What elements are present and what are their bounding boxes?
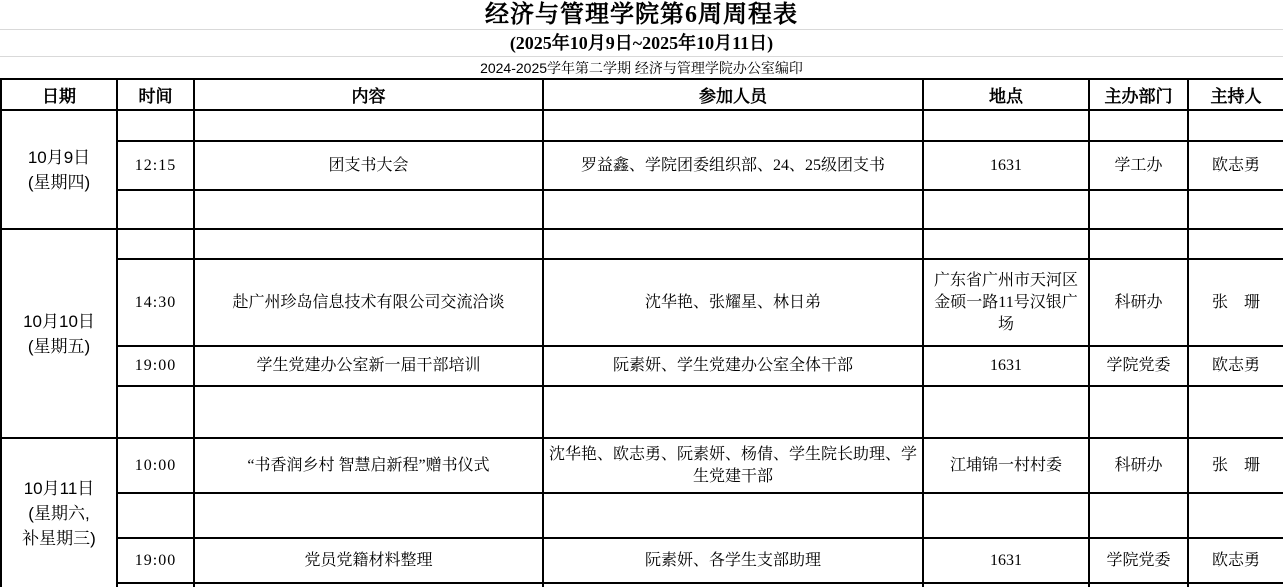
cell-department <box>1089 190 1188 229</box>
table-row: 10月11日 (星期六, 补星期三) 10:00 “书香润乡村 智慧启新程”赠书… <box>1 438 1283 493</box>
cell-content: 团支书大会 <box>194 141 543 190</box>
cell-participants: 沈华艳、欧志勇、阮素妍、杨倩、学生院长助理、学生党建干部 <box>543 438 923 493</box>
cell-location <box>923 493 1089 538</box>
cell-time <box>117 493 194 538</box>
cell-location <box>923 386 1089 438</box>
cell-content: 赴广州珍岛信息技术有限公司交流洽谈 <box>194 259 543 346</box>
cell-host <box>1188 493 1283 538</box>
date-line: (星期五) <box>6 334 112 359</box>
date-line: 补星期三) <box>6 526 112 551</box>
schedule-sheet: 经济与管理学院第6周周程表 (2025年10月9日~2025年10月11日) 2… <box>0 0 1283 587</box>
cell-content <box>194 190 543 229</box>
page-title: 经济与管理学院第6周周程表 <box>485 3 798 27</box>
cell-location <box>923 110 1089 141</box>
cell-content: “书香润乡村 智慧启新程”赠书仪式 <box>194 438 543 493</box>
cell-host: 张 珊 <box>1188 259 1283 346</box>
table-row <box>1 493 1283 538</box>
cell-department: 学工办 <box>1089 141 1188 190</box>
cell-host: 张 珊 <box>1188 438 1283 493</box>
col-header-time: 时间 <box>117 79 194 110</box>
table-row: 10月10日 (星期五) <box>1 229 1283 259</box>
cell-participants <box>543 583 923 587</box>
cell-location <box>923 229 1089 259</box>
sheet-subtitle-row: (2025年10月9日~2025年10月11日) <box>0 30 1283 57</box>
cell-department: 学院党委 <box>1089 538 1188 583</box>
cell-content <box>194 583 543 587</box>
table-row <box>1 583 1283 587</box>
cell-content: 学生党建办公室新一届干部培训 <box>194 346 543 386</box>
cell-time <box>117 190 194 229</box>
cell-time: 19:00 <box>117 538 194 583</box>
cell-time: 12:15 <box>117 141 194 190</box>
cell-department: 学院党委 <box>1089 346 1188 386</box>
cell-department <box>1089 386 1188 438</box>
sheet-title-row: 经济与管理学院第6周周程表 <box>0 0 1283 30</box>
cell-host <box>1188 229 1283 259</box>
cell-location: 广东省广州市天河区金硕一路11号汉银广场 <box>923 259 1089 346</box>
date-line: 10月11日 <box>6 476 112 501</box>
cell-location: 1631 <box>923 538 1089 583</box>
cell-host: 欧志勇 <box>1188 346 1283 386</box>
cell-participants: 罗益鑫、学院团委组织部、24、25级团支书 <box>543 141 923 190</box>
cell-department <box>1089 493 1188 538</box>
cell-time <box>117 229 194 259</box>
cell-location <box>923 190 1089 229</box>
cell-department <box>1089 229 1188 259</box>
cell-content <box>194 386 543 438</box>
cell-time <box>117 386 194 438</box>
cell-host <box>1188 190 1283 229</box>
schedule-table: 日期 时间 内容 参加人员 地点 主办部门 主持人 10月9日 (星期四) <box>0 78 1283 587</box>
cell-participants: 阮素妍、各学生支部助理 <box>543 538 923 583</box>
sheet-edition-row: 2024-2025学年第二学期 经济与管理学院办公室编印 <box>0 57 1283 78</box>
table-row: 19:00 学生党建办公室新一届干部培训 阮素妍、学生党建办公室全体干部 163… <box>1 346 1283 386</box>
cell-date-oct10: 10月10日 (星期五) <box>1 229 117 438</box>
cell-participants <box>543 386 923 438</box>
date-line: 10月10日 <box>6 309 112 334</box>
header-row: 日期 时间 内容 参加人员 地点 主办部门 主持人 <box>1 79 1283 110</box>
cell-host <box>1188 583 1283 587</box>
cell-content <box>194 493 543 538</box>
table-row <box>1 190 1283 229</box>
cell-participants <box>543 190 923 229</box>
col-header-location: 地点 <box>923 79 1089 110</box>
cell-department <box>1089 583 1188 587</box>
cell-host <box>1188 110 1283 141</box>
table-row: 19:00 党员党籍材料整理 阮素妍、各学生支部助理 1631 学院党委 欧志勇 <box>1 538 1283 583</box>
cell-location: 1631 <box>923 346 1089 386</box>
cell-department <box>1089 110 1188 141</box>
cell-time: 19:00 <box>117 346 194 386</box>
cell-content: 党员党籍材料整理 <box>194 538 543 583</box>
cell-location: 江埔锦一村村委 <box>923 438 1089 493</box>
date-range-subtitle: (2025年10月9日~2025年10月11日) <box>510 34 773 52</box>
cell-content <box>194 229 543 259</box>
cell-department: 科研办 <box>1089 259 1188 346</box>
cell-host: 欧志勇 <box>1188 141 1283 190</box>
cell-location <box>923 583 1089 587</box>
cell-date-oct9: 10月9日 (星期四) <box>1 110 117 229</box>
cell-participants <box>543 493 923 538</box>
col-header-department: 主办部门 <box>1089 79 1188 110</box>
date-line: (星期四) <box>6 170 112 195</box>
cell-time <box>117 583 194 587</box>
cell-time <box>117 110 194 141</box>
date-line: (星期六, <box>6 501 112 526</box>
cell-participants <box>543 229 923 259</box>
col-header-date: 日期 <box>1 79 117 110</box>
cell-participants: 阮素妍、学生党建办公室全体干部 <box>543 346 923 386</box>
edition-note: 2024-2025学年第二学期 经济与管理学院办公室编印 <box>480 61 803 75</box>
cell-participants: 沈华艳、张耀星、林日弟 <box>543 259 923 346</box>
cell-time: 14:30 <box>117 259 194 346</box>
cell-content <box>194 110 543 141</box>
table-row: 10月9日 (星期四) <box>1 110 1283 141</box>
cell-department: 科研办 <box>1089 438 1188 493</box>
cell-host: 欧志勇 <box>1188 538 1283 583</box>
date-line: 10月9日 <box>6 145 112 170</box>
cell-participants <box>543 110 923 141</box>
col-header-host: 主持人 <box>1188 79 1283 110</box>
cell-time: 10:00 <box>117 438 194 493</box>
col-header-content: 内容 <box>194 79 543 110</box>
table-row: 12:15 团支书大会 罗益鑫、学院团委组织部、24、25级团支书 1631 学… <box>1 141 1283 190</box>
cell-location: 1631 <box>923 141 1089 190</box>
col-header-participants: 参加人员 <box>543 79 923 110</box>
table-row <box>1 386 1283 438</box>
cell-host <box>1188 386 1283 438</box>
table-row: 14:30 赴广州珍岛信息技术有限公司交流洽谈 沈华艳、张耀星、林日弟 广东省广… <box>1 259 1283 346</box>
cell-date-oct11: 10月11日 (星期六, 补星期三) <box>1 438 117 587</box>
